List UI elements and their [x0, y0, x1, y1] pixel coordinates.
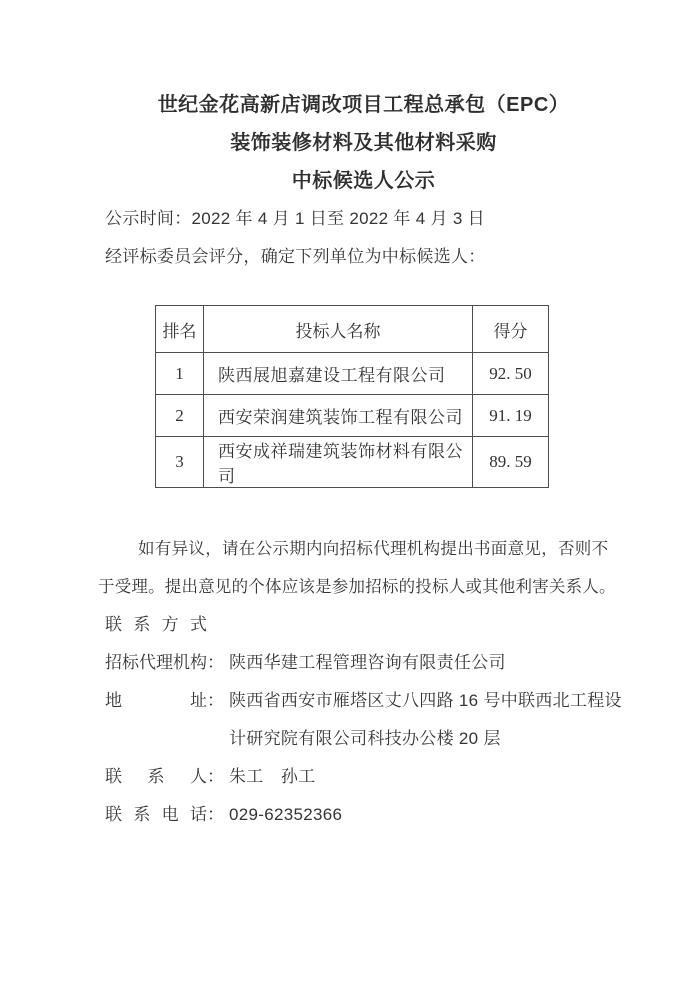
- contact-person-line: 联系人： 朱工 孙工: [105, 758, 622, 796]
- contact-heading-text: 联系方式: [105, 606, 207, 644]
- contact-section-title: 联系方式: [105, 606, 622, 644]
- evaluation-note-text: 经评标委员会评分，确定下列单位为中标候选人：: [105, 238, 622, 276]
- title-line-2: 装饰装修材料及其他材料采购: [105, 124, 622, 162]
- contact-phone-line: 联系电话： 029-62352366: [105, 796, 622, 834]
- person-colon: ：: [207, 758, 224, 796]
- rank-cell: 2: [156, 395, 204, 437]
- score-cell: 89. 59: [473, 437, 549, 488]
- bidder-cell: 陕西展旭嘉建设工程有限公司: [204, 353, 473, 395]
- table-row: 3 西安成祥瑞建筑装饰材料有限公司 89. 59: [156, 437, 549, 488]
- header-score: 得分: [473, 306, 549, 353]
- agency-colon: ：: [207, 644, 224, 682]
- contact-section: 联系方式 招标代理机构： 陕西华建工程管理咨询有限责任公司 地址： 陕西省西安市…: [105, 606, 622, 834]
- title-line-1: 世纪金花高新店调改项目工程总承包（EPC）: [105, 86, 622, 124]
- score-cell: 92. 50: [473, 353, 549, 395]
- bidder-cell: 西安荣润建筑装饰工程有限公司: [204, 395, 473, 437]
- contact-address-line: 地址： 陕西省西安市雁塔区丈八四路 16 号中联西北工程设 计研究院有限公司科技…: [105, 682, 622, 758]
- bidder-cell: 西安成祥瑞建筑装饰材料有限公司: [204, 437, 473, 488]
- table-row: 2 西安荣润建筑装饰工程有限公司 91. 19: [156, 395, 549, 437]
- address-label: 地址: [105, 682, 207, 720]
- rank-cell: 3: [156, 437, 204, 488]
- document-title: 世纪金花高新店调改项目工程总承包（EPC） 装饰装修材料及其他材料采购 中标候选…: [105, 86, 622, 200]
- document-page: 世纪金花高新店调改项目工程总承包（EPC） 装饰装修材料及其他材料采购 中标候选…: [0, 0, 700, 991]
- objection-paragraph: 如有异议，请在公示期内向招标代理机构提出书面意见，否则不 于受理。提出意见的个体…: [105, 530, 622, 606]
- address-value: 陕西省西安市雁塔区丈八四路 16 号中联西北工程设 计研究院有限公司科技办公楼 …: [224, 682, 622, 758]
- rank-cell: 1: [156, 353, 204, 395]
- agency-label: 招标代理机构: [105, 644, 207, 682]
- contact-agency-line: 招标代理机构： 陕西华建工程管理咨询有限责任公司: [105, 644, 622, 682]
- header-rank: 排名: [156, 306, 204, 353]
- phone-value: 029-62352366: [224, 796, 622, 834]
- person-value: 朱工 孙工: [224, 758, 622, 796]
- phone-colon: ：: [207, 796, 224, 834]
- table-row: 1 陕西展旭嘉建设工程有限公司 92. 50: [156, 353, 549, 395]
- address-value-line-2: 计研究院有限公司科技办公楼 20 层: [229, 720, 622, 758]
- address-colon: ：: [207, 682, 224, 720]
- objection-line-2: 于受理。提出意见的个体应该是参加招标的投标人或其他利害关系人。: [98, 568, 622, 606]
- header-bidder: 投标人名称: [204, 306, 473, 353]
- phone-label: 联系电话: [105, 796, 207, 834]
- objection-line-1: 如有异议，请在公示期内向招标代理机构提出书面意见，否则不: [105, 530, 622, 568]
- publicity-period-text: 公示时间：2022 年 4 月 1 日至 2022 年 4 月 3 日: [105, 200, 622, 238]
- table-header-row: 排名 投标人名称 得分: [156, 306, 549, 353]
- person-label: 联系人: [105, 758, 207, 796]
- document-content: 世纪金花高新店调改项目工程总承包（EPC） 装饰装修材料及其他材料采购 中标候选…: [0, 0, 700, 834]
- title-line-3: 中标候选人公示: [105, 162, 622, 200]
- agency-value: 陕西华建工程管理咨询有限责任公司: [224, 644, 622, 682]
- bid-candidates-table: 排名 投标人名称 得分 1 陕西展旭嘉建设工程有限公司 92. 50 2 西安荣…: [155, 305, 549, 488]
- score-cell: 91. 19: [473, 395, 549, 437]
- address-value-line-1: 陕西省西安市雁塔区丈八四路 16 号中联西北工程设: [229, 682, 622, 720]
